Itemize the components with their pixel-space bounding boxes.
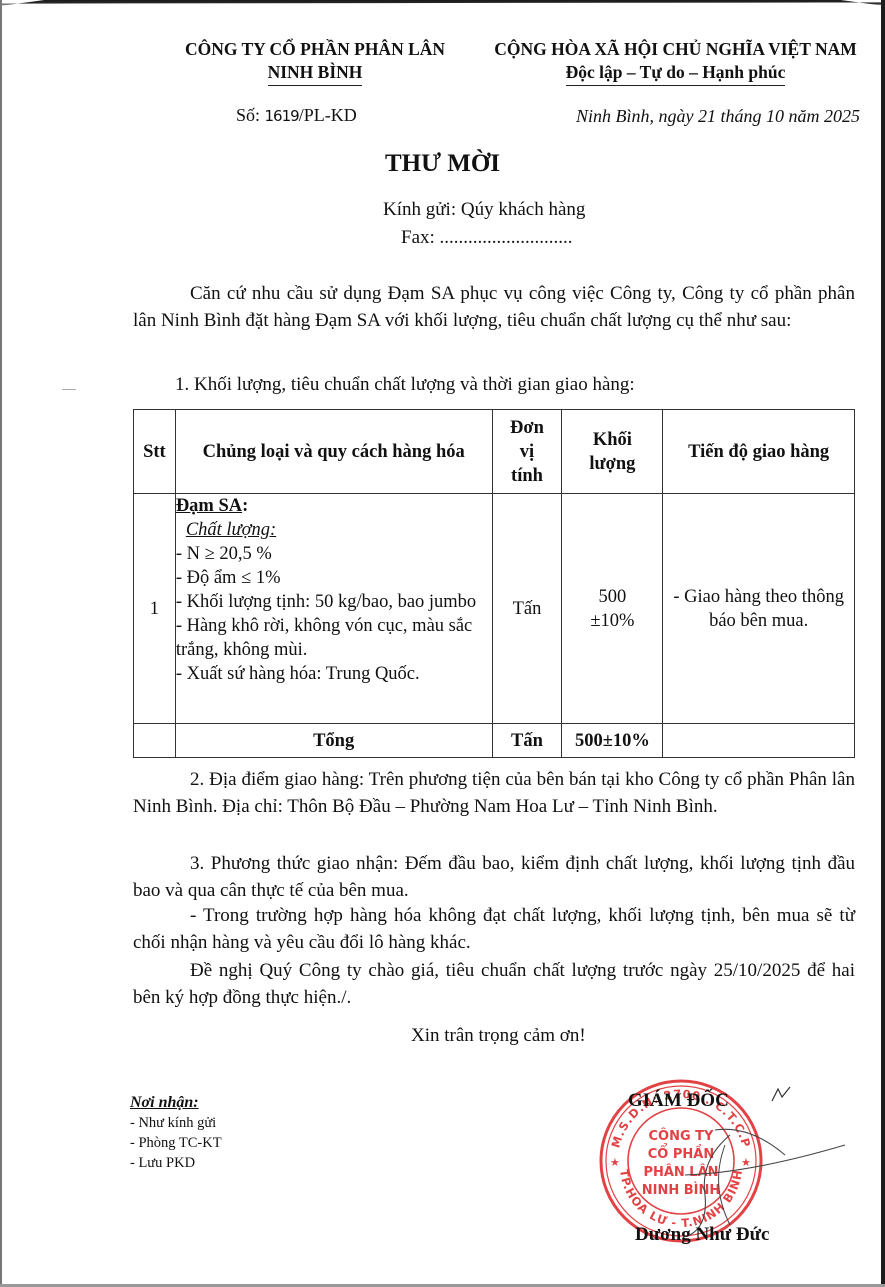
fax-line: Fax: ............................ [401,227,573,249]
table-header-row: Stt Chủng loại và quy cách hàng hóa Đơn … [134,410,855,494]
svg-text:NINH BÌNH: NINH BÌNH [642,1182,721,1198]
recipient-line: Kính gửi: Qúy khách hàng [383,199,585,221]
intro-paragraph: Căn cứ nhu cầu sử dụng Đạm SA phục vụ cô… [133,280,855,334]
document-title: THƯ MỜI [0,150,885,178]
svg-text:★: ★ [610,1156,620,1169]
svg-text:★: ★ [741,1156,751,1169]
national-motto: Độc lập – Tự do – Hạnh phúc [566,61,786,86]
company-name-line2: NINH BÌNH [268,61,363,86]
recipients-block: Nơi nhận: - Như kính gửi - Phòng TC-KT -… [130,1093,222,1173]
total-quantity: 500±10% [562,724,663,758]
signer-title: GIÁM ĐỐC [628,1090,729,1112]
cell-product: Đạm SA: Chất lượng: - N ≥ 20,5 % - Độ ẩm… [175,494,492,724]
spec-item: - Độ ẩm ≤ 1% [176,566,492,590]
request-paragraph: Đề nghị Quý Công ty chào giá, tiêu chuẩn… [133,957,855,1011]
product-name: Đạm SA [176,496,242,516]
svg-text:CỔ PHẦN: CỔ PHẦN [648,1144,714,1162]
handwritten-number: 1619 [265,107,299,125]
spec-item: - Hàng khô rời, không vón cục, màu sắc t… [176,614,492,662]
recipients-label: Nơi nhận: [130,1093,222,1113]
cell-schedule: - Giao hàng theo thông báo bên mua. [663,494,855,724]
total-unit: Tấn [492,724,562,758]
recipient-item: - Lưu PKD [130,1153,222,1173]
col-header-schedule: Tiến độ giao hàng [663,410,855,494]
company-name-line1: CÔNG TY CỔ PHẦN PHÂN LÂN [150,38,480,61]
signer-name: Dương Như Đức [635,1224,769,1246]
recipient-item: - Phòng TC-KT [130,1133,222,1153]
total-stt-empty [134,724,176,758]
section-2-paragraph: 2. Địa điểm giao hàng: Trên phương tiện … [133,766,855,820]
col-header-unit: Đơn vị tính [492,410,562,494]
col-header-quantity: Khối lượng [562,410,663,494]
cell-quantity: 500 ±10% [562,494,663,724]
svg-text:PHÂN LÂN: PHÂN LÂN [643,1164,718,1180]
quality-label: Chất lượng: [176,520,276,540]
scan-edge-left [0,0,2,1287]
total-schedule-empty [663,724,855,758]
svg-text:CÔNG TY: CÔNG TY [649,1128,715,1144]
national-header: CỘNG HÒA XÃ HỘI CHỦ NGHĨA VIỆT NAM Độc l… [478,38,873,86]
col-header-product: Chủng loại và quy cách hàng hóa [175,410,492,494]
table-total-row: Tổng Tấn 500±10% [134,724,855,758]
spec-item: - N ≥ 20,5 % [176,542,492,566]
spec-item: - Xuất sứ hàng hóa: Trung Quốc. [176,662,492,686]
section-3-paragraph: 3. Phương thức giao nhận: Đếm đầu bao, k… [133,850,855,904]
national-title: CỘNG HÒA XÃ HỘI CHỦ NGHĨA VIỆT NAM [478,38,873,61]
total-label: Tổng [175,724,492,758]
scan-edge-top [0,0,885,6]
recipient-item: - Như kính gửi [130,1113,222,1133]
cell-unit: Tấn [492,494,562,724]
section-1-title: 1. Khối lượng, tiêu chuẩn chất lượng và … [175,374,635,396]
goods-table: Stt Chủng loại và quy cách hàng hóa Đơn … [133,409,855,758]
margin-mark [62,389,76,390]
col-header-stt: Stt [134,410,176,494]
place-date: Ninh Bình, ngày 21 tháng 10 năm 2025 [520,106,860,127]
spec-item: - Khối lượng tịnh: 50 kg/bao, bao jumbo [176,590,492,614]
scan-edge-right [881,0,885,1287]
table-row: 1 Đạm SA: Chất lượng: - N ≥ 20,5 % - Độ … [134,494,855,724]
cell-stt: 1 [134,494,176,724]
section-3-note: - Trong trường hợp hàng hóa không đạt ch… [133,902,855,956]
company-header: CÔNG TY CỔ PHẦN PHÂN LÂN NINH BÌNH [150,38,480,86]
closing-thanks: Xin trân trọng cảm ơn! [411,1025,586,1047]
document-number: Số: 1619/PL-KD [236,105,357,126]
